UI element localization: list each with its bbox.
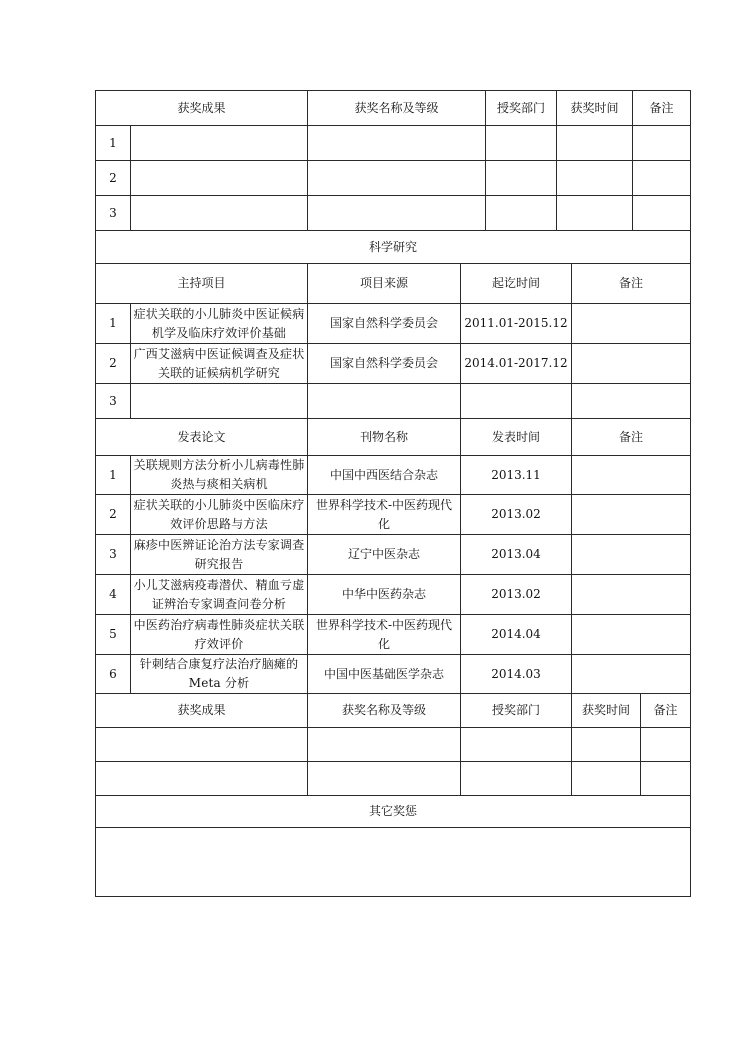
publish-date: 2014.03 bbox=[461, 655, 572, 694]
achievement-cell bbox=[96, 728, 308, 762]
note-cell bbox=[572, 655, 691, 694]
project-period: 2011.01-2015.12 bbox=[461, 304, 572, 344]
paper-title: 症状关联的小儿肺炎中医临床疗效评价思路与方法 bbox=[131, 495, 308, 535]
section-title-other: 其它奖惩 bbox=[96, 796, 691, 828]
section-title-row: 其它奖惩 bbox=[96, 796, 691, 828]
table-row: 2 广西艾滋病中医证候调查及症状关联的证候病机学研究 国家自然科学委员会 201… bbox=[96, 344, 691, 384]
note-cell bbox=[572, 384, 691, 419]
time-cell bbox=[557, 126, 633, 161]
note-cell bbox=[641, 762, 691, 796]
paper-title: 针刺结合康复疗法治疗脑瘫的Meta 分析 bbox=[131, 655, 308, 694]
time-cell bbox=[557, 161, 633, 196]
header-award-name-level: 获奖名称及等级 bbox=[308, 91, 486, 126]
awards-top-table: 获奖成果 获奖名称及等级 授奖部门 获奖时间 备注 1 2 3 bbox=[95, 90, 691, 231]
time-cell bbox=[572, 728, 641, 762]
dept-cell bbox=[486, 161, 557, 196]
publish-date: 2013.02 bbox=[461, 575, 572, 615]
name-level-cell bbox=[308, 728, 461, 762]
table-row: 1 症状关联的小儿肺炎中医证候病机学及临床疗效评价基础 国家自然科学委员会 20… bbox=[96, 304, 691, 344]
journal-name: 世界科学技术-中医药现代化 bbox=[308, 615, 461, 655]
note-cell bbox=[633, 126, 691, 161]
header-project-source: 项目来源 bbox=[308, 264, 461, 304]
table-row: 1 bbox=[96, 126, 691, 161]
journal-name: 中国中医基础医学杂志 bbox=[308, 655, 461, 694]
row-number: 5 bbox=[96, 615, 131, 655]
journal-name: 中华中医药杂志 bbox=[308, 575, 461, 615]
time-cell bbox=[557, 196, 633, 231]
header-award-time: 获奖时间 bbox=[557, 91, 633, 126]
achievement-cell bbox=[131, 126, 308, 161]
row-number: 3 bbox=[96, 535, 131, 575]
dept-cell bbox=[486, 126, 557, 161]
header-publish-date: 发表时间 bbox=[461, 419, 572, 456]
row-number: 2 bbox=[96, 161, 131, 196]
table-row: 4 小儿艾滋病疫毒潜伏、精血亏虚证辨治专家调查问卷分析 中华中医药杂志 2013… bbox=[96, 575, 691, 615]
header-note: 备注 bbox=[641, 694, 691, 728]
table-row: 2 症状关联的小儿肺炎中医临床疗效评价思路与方法 世界科学技术-中医药现代化 2… bbox=[96, 495, 691, 535]
table-row bbox=[96, 728, 691, 762]
note-cell bbox=[572, 456, 691, 495]
row-number: 4 bbox=[96, 575, 131, 615]
project-period bbox=[461, 384, 572, 419]
journal-name: 世界科学技术-中医药现代化 bbox=[308, 495, 461, 535]
header-period: 起讫时间 bbox=[461, 264, 572, 304]
header-award-dept: 授奖部门 bbox=[486, 91, 557, 126]
publish-date: 2013.04 bbox=[461, 535, 572, 575]
name-level-cell bbox=[308, 126, 486, 161]
row-number: 1 bbox=[96, 126, 131, 161]
table-row: 3 bbox=[96, 196, 691, 231]
note-cell bbox=[572, 344, 691, 384]
other-content-row bbox=[96, 828, 691, 897]
publish-date: 2013.11 bbox=[461, 456, 572, 495]
row-number: 2 bbox=[96, 495, 131, 535]
header-award-time: 获奖时间 bbox=[572, 694, 641, 728]
project-title bbox=[131, 384, 308, 419]
note-cell bbox=[572, 304, 691, 344]
other-content-cell bbox=[96, 828, 691, 897]
table-row: 6 针刺结合康复疗法治疗脑瘫的Meta 分析 中国中医基础医学杂志 2014.0… bbox=[96, 655, 691, 694]
note-cell bbox=[572, 495, 691, 535]
header-award-dept: 授奖部门 bbox=[461, 694, 572, 728]
journal-name: 中国中西医结合杂志 bbox=[308, 456, 461, 495]
header-journal: 刊物名称 bbox=[308, 419, 461, 456]
header-note: 备注 bbox=[572, 264, 691, 304]
section-title-row: 科学研究 bbox=[96, 231, 691, 264]
dept-cell bbox=[461, 728, 572, 762]
table-row: 3 bbox=[96, 384, 691, 419]
row-number: 3 bbox=[96, 384, 131, 419]
publish-date: 2014.04 bbox=[461, 615, 572, 655]
document-page: 获奖成果 获奖名称及等级 授奖部门 获奖时间 备注 1 2 3 bbox=[95, 90, 690, 897]
awards-top-header-row: 获奖成果 获奖名称及等级 授奖部门 获奖时间 备注 bbox=[96, 91, 691, 126]
table-row: 3 麻疹中医辨证论治方法专家调查研究报告 辽宁中医杂志 2013.04 bbox=[96, 535, 691, 575]
note-cell bbox=[641, 728, 691, 762]
project-title: 广西艾滋病中医证候调查及症状关联的证候病机学研究 bbox=[131, 344, 308, 384]
projects-header-row: 主持项目 项目来源 起讫时间 备注 bbox=[96, 264, 691, 304]
row-number: 2 bbox=[96, 344, 131, 384]
awards-bottom-table: 获奖成果 获奖名称及等级 授奖部门 获奖时间 备注 其它奖惩 bbox=[95, 693, 691, 897]
header-achievement: 获奖成果 bbox=[96, 694, 308, 728]
paper-title: 小儿艾滋病疫毒潜伏、精血亏虚证辨治专家调查问卷分析 bbox=[131, 575, 308, 615]
header-award-name-level: 获奖名称及等级 bbox=[308, 694, 461, 728]
achievement-cell bbox=[96, 762, 308, 796]
header-paper: 发表论文 bbox=[96, 419, 308, 456]
dept-cell bbox=[486, 196, 557, 231]
header-note: 备注 bbox=[633, 91, 691, 126]
header-achievement: 获奖成果 bbox=[96, 91, 308, 126]
table-row: 5 中医药治疗病毒性肺炎症状关联疗效评价 世界科学技术-中医药现代化 2014.… bbox=[96, 615, 691, 655]
awards-bottom-header-row: 获奖成果 获奖名称及等级 授奖部门 获奖时间 备注 bbox=[96, 694, 691, 728]
name-level-cell bbox=[308, 762, 461, 796]
project-title: 症状关联的小儿肺炎中医证候病机学及临床疗效评价基础 bbox=[131, 304, 308, 344]
publish-date: 2013.02 bbox=[461, 495, 572, 535]
row-number: 1 bbox=[96, 456, 131, 495]
note-cell bbox=[572, 535, 691, 575]
note-cell bbox=[633, 161, 691, 196]
project-period: 2014.01-2017.12 bbox=[461, 344, 572, 384]
project-source: 国家自然科学委员会 bbox=[308, 344, 461, 384]
header-note: 备注 bbox=[572, 419, 691, 456]
name-level-cell bbox=[308, 161, 486, 196]
paper-title: 中医药治疗病毒性肺炎症状关联疗效评价 bbox=[131, 615, 308, 655]
paper-title: 麻疹中医辨证论治方法专家调查研究报告 bbox=[131, 535, 308, 575]
row-number: 6 bbox=[96, 655, 131, 694]
achievement-cell bbox=[131, 161, 308, 196]
note-cell bbox=[572, 615, 691, 655]
header-project: 主持项目 bbox=[96, 264, 308, 304]
row-number: 3 bbox=[96, 196, 131, 231]
row-number: 1 bbox=[96, 304, 131, 344]
section-title-research: 科学研究 bbox=[96, 231, 691, 264]
papers-header-row: 发表论文 刊物名称 发表时间 备注 bbox=[96, 419, 691, 456]
journal-name: 辽宁中医杂志 bbox=[308, 535, 461, 575]
note-cell bbox=[572, 575, 691, 615]
achievement-cell bbox=[131, 196, 308, 231]
name-level-cell bbox=[308, 196, 486, 231]
paper-title: 关联规则方法分析小儿病毒性肺炎热与痰相关病机 bbox=[131, 456, 308, 495]
research-table: 科学研究 主持项目 项目来源 起讫时间 备注 1 症状关联的小儿肺炎中医证候病机… bbox=[95, 230, 691, 694]
project-source: 国家自然科学委员会 bbox=[308, 304, 461, 344]
table-row bbox=[96, 762, 691, 796]
time-cell bbox=[572, 762, 641, 796]
table-row: 1 关联规则方法分析小儿病毒性肺炎热与痰相关病机 中国中西医结合杂志 2013.… bbox=[96, 456, 691, 495]
dept-cell bbox=[461, 762, 572, 796]
note-cell bbox=[633, 196, 691, 231]
table-row: 2 bbox=[96, 161, 691, 196]
project-source bbox=[308, 384, 461, 419]
